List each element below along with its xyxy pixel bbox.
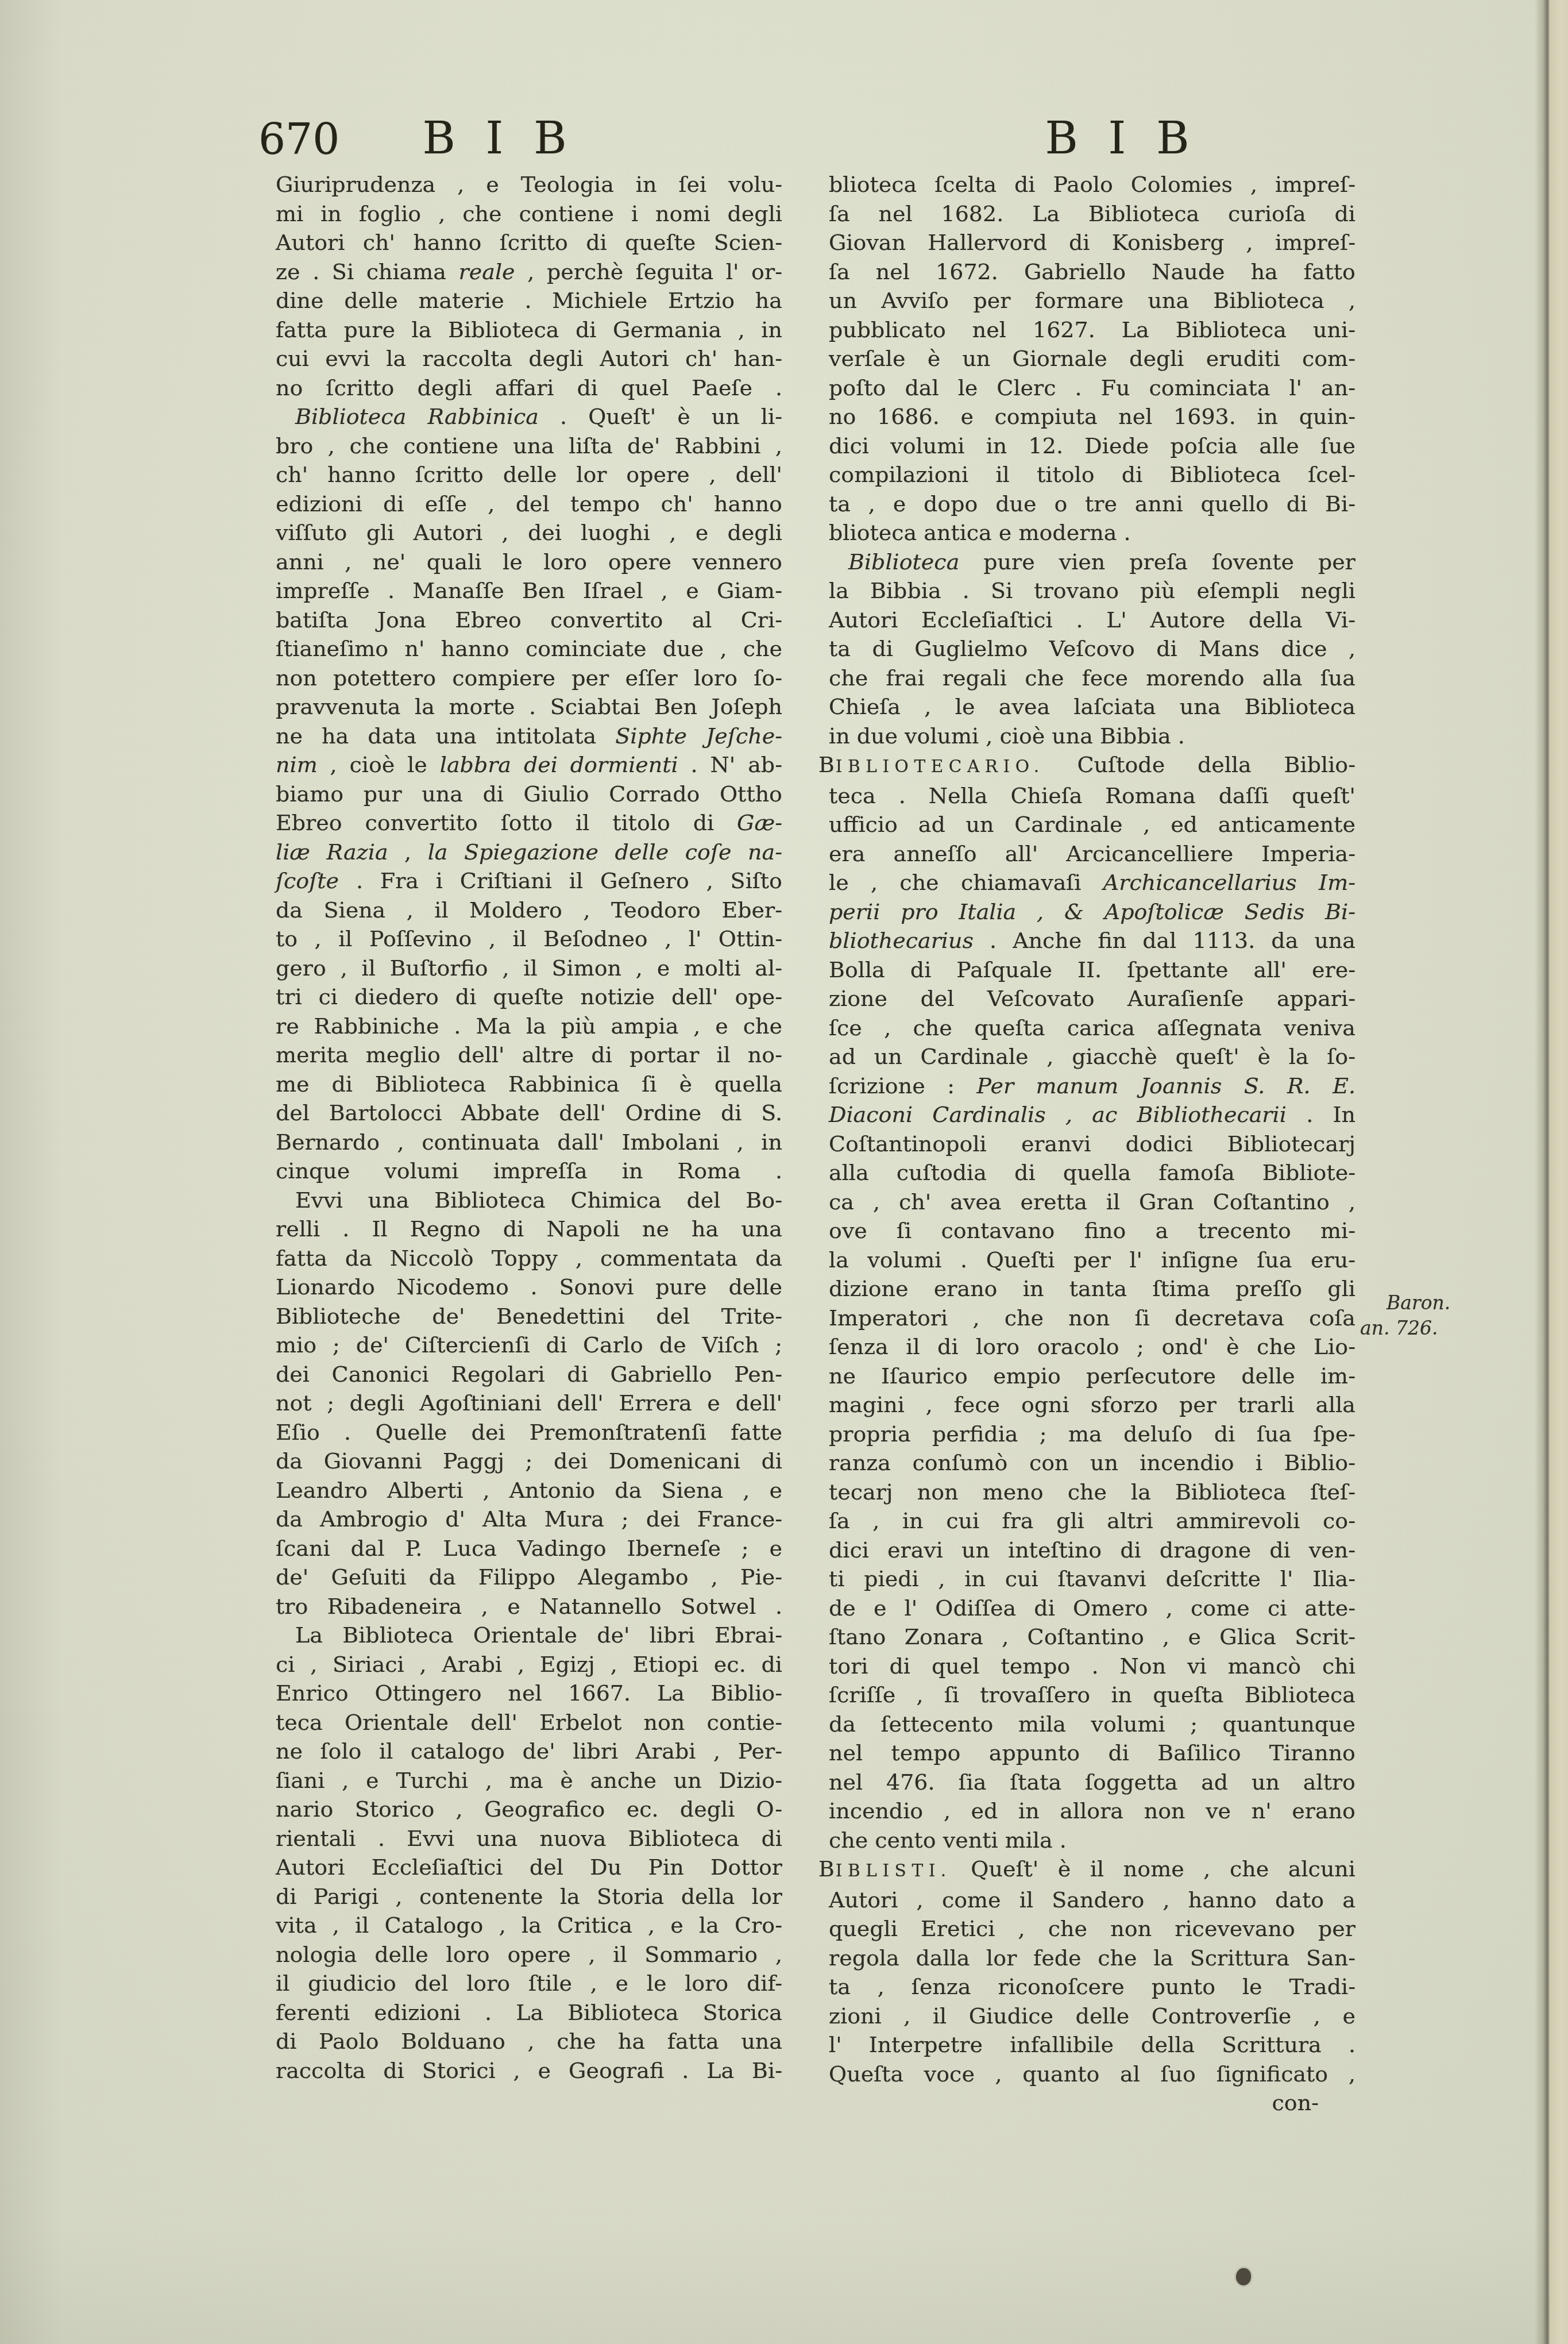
text-line: quegli Eretici , che non ricevevano per xyxy=(818,1914,1355,1944)
text-line: Eſio . Quelle dei Premonſtratenſi fatte xyxy=(265,1418,782,1447)
ink-spot xyxy=(1236,2268,1251,2285)
text-line: magini , fece ogni sforzo per trarli all… xyxy=(818,1390,1355,1420)
text-line: blioteca ſcelta di Paolo Colomies , impr… xyxy=(818,170,1355,199)
text-line: BIBLISTI. Queſt' è il nome , che alcuni xyxy=(818,1855,1355,1886)
text-line: ne ha data una intitolata Siphte Jeſche- xyxy=(265,722,782,751)
text-line: da ſettecento mila volumi ; quantunque xyxy=(818,1710,1355,1739)
text-line: bro , che contiene una liſta de' Rabbini… xyxy=(265,431,782,461)
text-line: incendio , ed in allora non ve n' erano xyxy=(818,1796,1355,1826)
text-line: ſcani dal P. Luca Vadingo Iberneſe ; e xyxy=(265,1534,782,1563)
text-line: ſcriſſe , ſi trovaſſero in queſta Biblio… xyxy=(818,1680,1355,1710)
text-line: edizioni di eſſe , del tempo ch' hanno xyxy=(265,489,782,519)
text-line: ta , e dopo due o tre anni quello di Bi- xyxy=(818,489,1355,519)
text-line: liæ Razia , la Spiegazione delle coſe na… xyxy=(265,838,782,867)
text-line: mi in foglio , che contiene i nomi degli xyxy=(265,199,782,229)
text-line: ad un Cardinale , giacchè queſt' è la ſo… xyxy=(818,1042,1355,1071)
text-line: da Giovanni Paggj ; dei Domenicani di xyxy=(265,1447,782,1476)
text-line: cinque volumi impreſſa in Roma . xyxy=(265,1156,782,1186)
text-line: BIBLIOTECARIO. Cuſtode della Biblio- xyxy=(818,750,1355,781)
text-line: Coſtantinopoli eranvi dodici Bibliotecar… xyxy=(818,1129,1355,1159)
text-line: ſcoſte . Fra i Criſtiani il Geſnero , Si… xyxy=(265,866,782,896)
text-line: bliothecarius . Anche fin dal 1113. da u… xyxy=(818,926,1355,955)
page-fold-crease xyxy=(1535,0,1550,2344)
text-line: mio ; de' Ciſtercienſi di Carlo de Viſch… xyxy=(265,1331,782,1360)
text-line: Bernardo , continuata dall' Imbolani , i… xyxy=(265,1128,782,1157)
text-line: tori di quel tempo . Non vi mancò chi xyxy=(818,1652,1355,1681)
text-line: ti piedi , in cui ſtavanvi deſcritte l' … xyxy=(818,1564,1355,1594)
text-line: impreſſe . Manaſſe Ben Iſrael , e Giam- xyxy=(265,576,782,606)
text-line: gero , il Buſtorfio , il Simon , e molti… xyxy=(265,954,782,983)
text-line: Autori , come il Sandero , hanno dato a xyxy=(818,1886,1355,1915)
text-line: ſcrizione : Per manum Joannis S. R. E. xyxy=(818,1071,1355,1101)
adjacent-page-edge xyxy=(1550,0,1568,2344)
text-line: nologia delle loro opere , il Sommario , xyxy=(265,1940,782,1969)
text-line: anni , ne' quali le loro opere vennero xyxy=(265,548,782,577)
text-line: propria perfidia ; ma deluſo di ſua ſpe- xyxy=(818,1420,1355,1449)
text-line: in due volumi , cioè una Bibbia . xyxy=(818,722,1355,751)
text-line: Biblioteca Rabbinica . Queſt' è un li- xyxy=(265,402,782,431)
text-line: l' Interpetre infallibile della Scrittur… xyxy=(818,2030,1355,2060)
text-line: Evvi una Biblioteca Chimica del Bo- xyxy=(265,1186,782,1215)
text-line: Autori Eccleſiaſtici . L' Autore della V… xyxy=(818,606,1355,635)
text-line: batiſta Jona Ebreo convertito al Cri- xyxy=(265,606,782,635)
text-line: un Avviſo per formare una Biblioteca , xyxy=(818,286,1355,315)
text-line: ſa nel 1682. La Biblioteca curioſa di xyxy=(818,199,1355,229)
text-line: la Bibbia . Si trovano più eſempli negli xyxy=(818,576,1355,606)
running-head-left: B I B xyxy=(422,113,574,164)
text-line: il giudicio del loro ſtile , e le loro d… xyxy=(265,1969,782,1998)
text-line: de' Geſuiti da Filippo Alegambo , Pie- xyxy=(265,1563,782,1592)
text-line: ſiani , e Turchi , ma è anche un Dizio- xyxy=(265,1766,782,1795)
text-line: ta di Guglielmo Veſcovo di Mans dice , xyxy=(818,634,1355,664)
text-line: nario Storico , Geografico ec. degli O- xyxy=(265,1795,782,1824)
text-line: tro Ribadeneira , e Natannello Sotwel . xyxy=(265,1592,782,1621)
text-line: Diaconi Cardinalis , ac Bibliothecarii .… xyxy=(818,1100,1355,1129)
text-line: non potettero compiere per eſſer loro ſo… xyxy=(265,664,782,693)
text-line: Leandro Alberti , Antonio da Siena , e xyxy=(265,1476,782,1505)
text-line: ta , ſenza riconoſcere punto le Tradi- xyxy=(818,1972,1355,2002)
text-line: Imperatori , che non ſi decretava coſa xyxy=(818,1304,1355,1333)
text-line: dine delle materie . Michiele Ertzio ha xyxy=(265,286,782,315)
text-line: ferenti edizioni . La Biblioteca Storica xyxy=(265,1998,782,2027)
text-line: Queſta voce , quanto al ſuo ſignificato … xyxy=(818,2060,1355,2089)
text-line: Enrico Ottingero nel 1667. La Biblio- xyxy=(265,1679,782,1708)
text-line: nim , cioè le labbra dei dormienti . N' … xyxy=(265,750,782,780)
text-line: Chieſa , le avea laſciata una Biblioteca xyxy=(818,692,1355,722)
text-line: Ebreo convertito ſotto il titolo di Gæ- xyxy=(265,808,782,838)
text-line: re Rabbiniche . Ma la più ampia , e che xyxy=(265,1012,782,1041)
margin-note-line: Baron. xyxy=(1360,1290,1469,1316)
text-line: ove ſi contavano fino a trecento mi- xyxy=(818,1216,1355,1246)
text-line: La Biblioteca Orientale de' libri Ebrai- xyxy=(265,1621,782,1650)
text-line: no 1686. e compiuta nel 1693. in quin- xyxy=(818,402,1355,431)
margin-note-line: an. 726. xyxy=(1360,1316,1469,1341)
text-line: ſenza il di loro oracolo ; ond' è che Li… xyxy=(818,1332,1355,1362)
text-line: di Paolo Bolduano , che ha fatta una xyxy=(265,2027,782,2056)
text-line: dici volumi in 12. Diede poſcia alle ſue xyxy=(818,431,1355,461)
text-line: da Ambrogio d' Alta Mura ; dei France- xyxy=(265,1505,782,1534)
text-line: not ; degli Agoſtiniani dell' Errera e d… xyxy=(265,1389,782,1418)
text-line: ze . Si chiama reale , perchè ſeguita l'… xyxy=(265,257,782,287)
book-page: 670 B I B B I B Giuriprudenza , e Teolog… xyxy=(0,0,1568,2344)
column-right: blioteca ſcelta di Paolo Colomies , impr… xyxy=(818,170,1355,2118)
text-line: Giovan Hallervord di Konisberg , impreſ- xyxy=(818,228,1355,257)
text-line: Biblioteca pure vien preſa ſovente per xyxy=(818,548,1355,577)
text-line: ch' hanno ſcritto delle lor opere , dell… xyxy=(265,460,782,489)
text-line: relli . Il Regno di Napoli ne ha una xyxy=(265,1215,782,1244)
text-line: ſa nel 1672. Gabriello Naude ha fatto xyxy=(818,257,1355,287)
text-line: pravvenuta la morte . Sciabtai Ben Joſep… xyxy=(265,692,782,722)
text-line: ne Iſaurico empio perſecutore delle im- xyxy=(818,1362,1355,1391)
text-line: ufficio ad un Cardinale , ed anticamente xyxy=(818,810,1355,839)
text-line: to , il Poſſevino , il Beſodneo , l' Ott… xyxy=(265,924,782,954)
text-line: biamo pur una di Giulio Corrado Ottho xyxy=(265,780,782,809)
text-line: no ſcritto degli affari di quel Paeſe . xyxy=(265,373,782,403)
text-line: la volumi . Queſti per l' inſigne ſua er… xyxy=(818,1246,1355,1275)
text-line: Biblioteche de' Benedettini del Trite- xyxy=(265,1302,782,1331)
text-line: nel 476. ſia ſtata ſoggetta ad un altro xyxy=(818,1768,1355,1797)
text-line: Bolla di Paſquale II. ſpettante all' ere… xyxy=(818,955,1355,985)
text-line: compilazioni il titolo di Biblioteca ſce… xyxy=(818,460,1355,489)
text-line: pubblicato nel 1627. La Biblioteca uni- xyxy=(818,315,1355,345)
page-number: 670 xyxy=(258,115,339,164)
text-line: che cento venti mila . xyxy=(818,1826,1355,1855)
text-line: perii pro Italia , & Apoſtolicæ Sedis Bi… xyxy=(818,897,1355,927)
text-line: ſtianeſimo n' hanno cominciate due , che xyxy=(265,634,782,664)
text-line: fatta pure la Biblioteca di Germania , i… xyxy=(265,315,782,345)
text-line: ſa , in cui fra gli altri ammirevoli co- xyxy=(818,1506,1355,1536)
text-line: ſce , che queſta carica aſſegnata veniva xyxy=(818,1013,1355,1043)
text-line: Lionardo Nicodemo . Sonovi pure delle xyxy=(265,1273,782,1302)
text-line: vita , il Catalogo , la Critica , e la C… xyxy=(265,1911,782,1940)
text-line: fatta da Niccolò Toppy , commentata da xyxy=(265,1244,782,1273)
text-line: alla cuſtodia di quella famoſa Bibliote- xyxy=(818,1158,1355,1188)
text-line: verſale è un Giornale degli eruditi com- xyxy=(818,344,1355,373)
text-line: di Parigi , contenente la Storia della l… xyxy=(265,1882,782,1911)
text-line: tecarj non meno che la Biblioteca ſteſ- xyxy=(818,1478,1355,1507)
text-line: merita meglio dell' altre di portar il n… xyxy=(265,1040,782,1070)
text-line: le , che chiamavaſi Archicancellarius Im… xyxy=(818,868,1355,897)
text-line: raccolta di Storici , e Geografi . La Bi… xyxy=(265,2056,782,2085)
text-line: nel tempo appunto di Baſilico Tiranno xyxy=(818,1738,1355,1768)
text-line: del Bartolocci Abbate dell' Ordine di S. xyxy=(265,1098,782,1128)
text-line: teca Orientale dell' Erbelot non contie- xyxy=(265,1708,782,1737)
text-line: zione del Veſcovato Auraſienſe appari- xyxy=(818,984,1355,1013)
text-line: ci , Siriaci , Arabi , Egizj , Etiopi ec… xyxy=(265,1650,782,1679)
text-line: cui evvi la raccolta degli Autori ch' ha… xyxy=(265,344,782,373)
text-line: viſſuto gli Autori , dei luoghi , e degl… xyxy=(265,518,782,548)
text-line: ca , ch' avea eretta il Gran Coſtantino … xyxy=(818,1188,1355,1217)
text-line: de e l' Odiſſea di Omero , come ci atte- xyxy=(818,1594,1355,1623)
running-head-right: B I B xyxy=(1045,113,1197,164)
text-line: tri ci diedero di queſte notizie dell' o… xyxy=(265,982,782,1012)
text-line: teca . Nella Chieſa Romana daſſi queſt' xyxy=(818,781,1355,811)
column-left: Giuriprudenza , e Teologia in ſei volu-m… xyxy=(265,170,782,2085)
text-line: da Siena , il Moldero , Teodoro Eber- xyxy=(265,896,782,925)
margin-note: Baron. an. 726. xyxy=(1360,1290,1469,1341)
text-line: blioteca antica e moderna . xyxy=(818,518,1355,548)
text-line: con- xyxy=(818,2088,1355,2118)
text-line: regola dalla lor fede che la Scrittura S… xyxy=(818,1944,1355,1973)
text-line: Autori ch' hanno ſcritto di queſte Scien… xyxy=(265,228,782,257)
text-line: dei Canonici Regolari di Gabriello Pen- xyxy=(265,1360,782,1389)
text-line: Autori Eccleſiaſtici del Du Pin Dottor xyxy=(265,1853,782,1882)
text-line: dici eravi un inteſtino di dragone di ve… xyxy=(818,1536,1355,1565)
text-line: ranza conſumò con un incendio i Biblio- xyxy=(818,1448,1355,1478)
text-line: poſto dal le Clerc . Fu cominciata l' an… xyxy=(818,373,1355,403)
text-line: ne ſolo il catalogo de' libri Arabi , Pe… xyxy=(265,1737,782,1766)
text-line: rientali . Evvi una nuova Biblioteca di xyxy=(265,1824,782,1853)
text-line: che frai regali che fece morendo alla ſu… xyxy=(818,664,1355,693)
text-line: era anneſſo all' Arcicancelliere Imperia… xyxy=(818,839,1355,869)
text-line: Giuriprudenza , e Teologia in ſei volu- xyxy=(265,170,782,199)
text-line: ſtano Zonara , Coſtantino , e Glica Scri… xyxy=(818,1622,1355,1652)
text-line: dizione erano in tanta ſtima preſſo gli xyxy=(818,1274,1355,1304)
text-line: zioni , il Giudice delle Controverſie , … xyxy=(818,2002,1355,2031)
text-line: me di Biblioteca Rabbinica ſi è quella xyxy=(265,1070,782,1099)
